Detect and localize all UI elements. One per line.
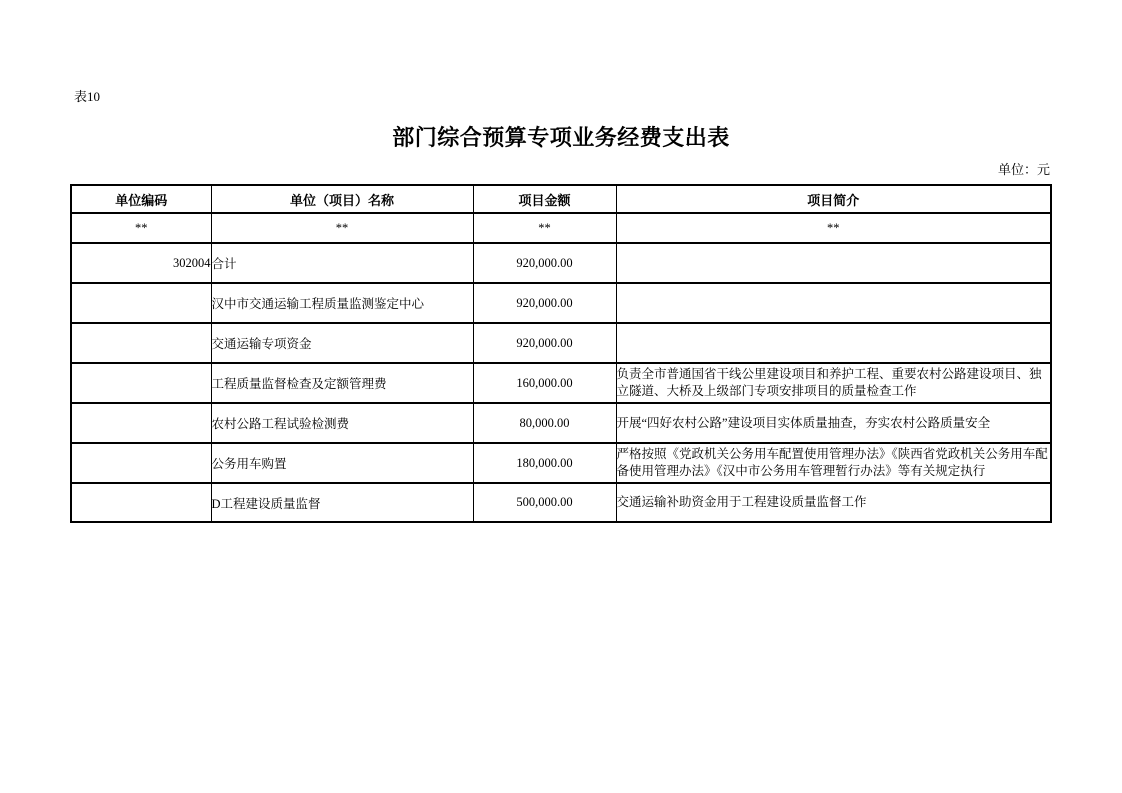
- unit-code-cell: [71, 363, 211, 403]
- amount-cell: 500,000.00: [473, 483, 616, 522]
- sheet-label: 表10: [74, 86, 100, 105]
- intro-cell: 开展“四好农村公路”建设项目实体质量抽查，夯实农村公路质量安全: [616, 403, 1051, 443]
- column-header-unit-code: 单位编码: [71, 185, 211, 213]
- mask-row: ** ** ** **: [71, 213, 1051, 243]
- unit-code-cell: [71, 283, 211, 323]
- amount-cell: 80,000.00: [473, 403, 616, 443]
- intro-cell: [616, 283, 1051, 323]
- amount-cell: 920,000.00: [473, 323, 616, 363]
- column-header-project-intro: 项目简介: [616, 185, 1051, 213]
- amount-cell: 180,000.00: [473, 443, 616, 483]
- amount-cell: 920,000.00: [473, 283, 616, 323]
- mask-cell: **: [473, 213, 616, 243]
- unit-name-cell: 工程质量监督检查及定额管理费: [211, 363, 473, 403]
- mask-cell: **: [71, 213, 211, 243]
- document-title: 部门综合预算专项业务经费支出表: [0, 121, 1122, 152]
- table-row: 交通运输专项资金 920,000.00: [71, 323, 1051, 363]
- table-row: 工程质量监督检查及定额管理费 160,000.00 负责全市普通国省干线公里建设…: [71, 363, 1051, 403]
- mask-cell: **: [616, 213, 1051, 243]
- intro-cell: 严格按照《党政机关公务用车配置使用管理办法》《陕西省党政机关公务用车配备使用管理…: [616, 443, 1051, 483]
- mask-cell: **: [211, 213, 473, 243]
- table-row: 公务用车购置 180,000.00 严格按照《党政机关公务用车配置使用管理办法》…: [71, 443, 1051, 483]
- unit-code-cell: 302004: [71, 243, 211, 283]
- unit-name-cell: 汉中市交通运输工程质量监测鉴定中心: [211, 283, 473, 323]
- column-header-project-amount: 项目金额: [473, 185, 616, 213]
- unit-code-cell: [71, 403, 211, 443]
- column-header-unit-project-name: 单位（项目）名称: [211, 185, 473, 213]
- amount-cell: 920,000.00: [473, 243, 616, 283]
- intro-cell: 负责全市普通国省干线公里建设项目和养护工程、重要农村公路建设项目、独立隧道、大桥…: [616, 363, 1051, 403]
- unit-code-cell: [71, 443, 211, 483]
- unit-note: 单位：元: [998, 159, 1050, 178]
- intro-cell: 交通运输补助资金用于工程建设质量监督工作: [616, 483, 1051, 522]
- table-row: 汉中市交通运输工程质量监测鉴定中心 920,000.00: [71, 283, 1051, 323]
- document-page: 表10 部门综合预算专项业务经费支出表 单位：元 单位编码 单位（项目）名称 项…: [0, 0, 1122, 793]
- unit-name-cell: 合计: [211, 243, 473, 283]
- table-row: 农村公路工程试验检测费 80,000.00 开展“四好农村公路”建设项目实体质量…: [71, 403, 1051, 443]
- table-header-row: 单位编码 单位（项目）名称 项目金额 项目简介: [71, 185, 1051, 213]
- table-row: 302004 合计 920,000.00: [71, 243, 1051, 283]
- intro-cell: [616, 243, 1051, 283]
- intro-cell: [616, 323, 1051, 363]
- unit-code-cell: [71, 323, 211, 363]
- table-row: D工程建设质量监督 500,000.00 交通运输补助资金用于工程建设质量监督工…: [71, 483, 1051, 522]
- unit-code-cell: [71, 483, 211, 522]
- amount-cell: 160,000.00: [473, 363, 616, 403]
- unit-name-cell: D工程建设质量监督: [211, 483, 473, 522]
- budget-table: 单位编码 单位（项目）名称 项目金额 项目简介 ** ** ** ** 3020…: [70, 184, 1052, 523]
- unit-name-cell: 交通运输专项资金: [211, 323, 473, 363]
- unit-name-cell: 农村公路工程试验检测费: [211, 403, 473, 443]
- unit-name-cell: 公务用车购置: [211, 443, 473, 483]
